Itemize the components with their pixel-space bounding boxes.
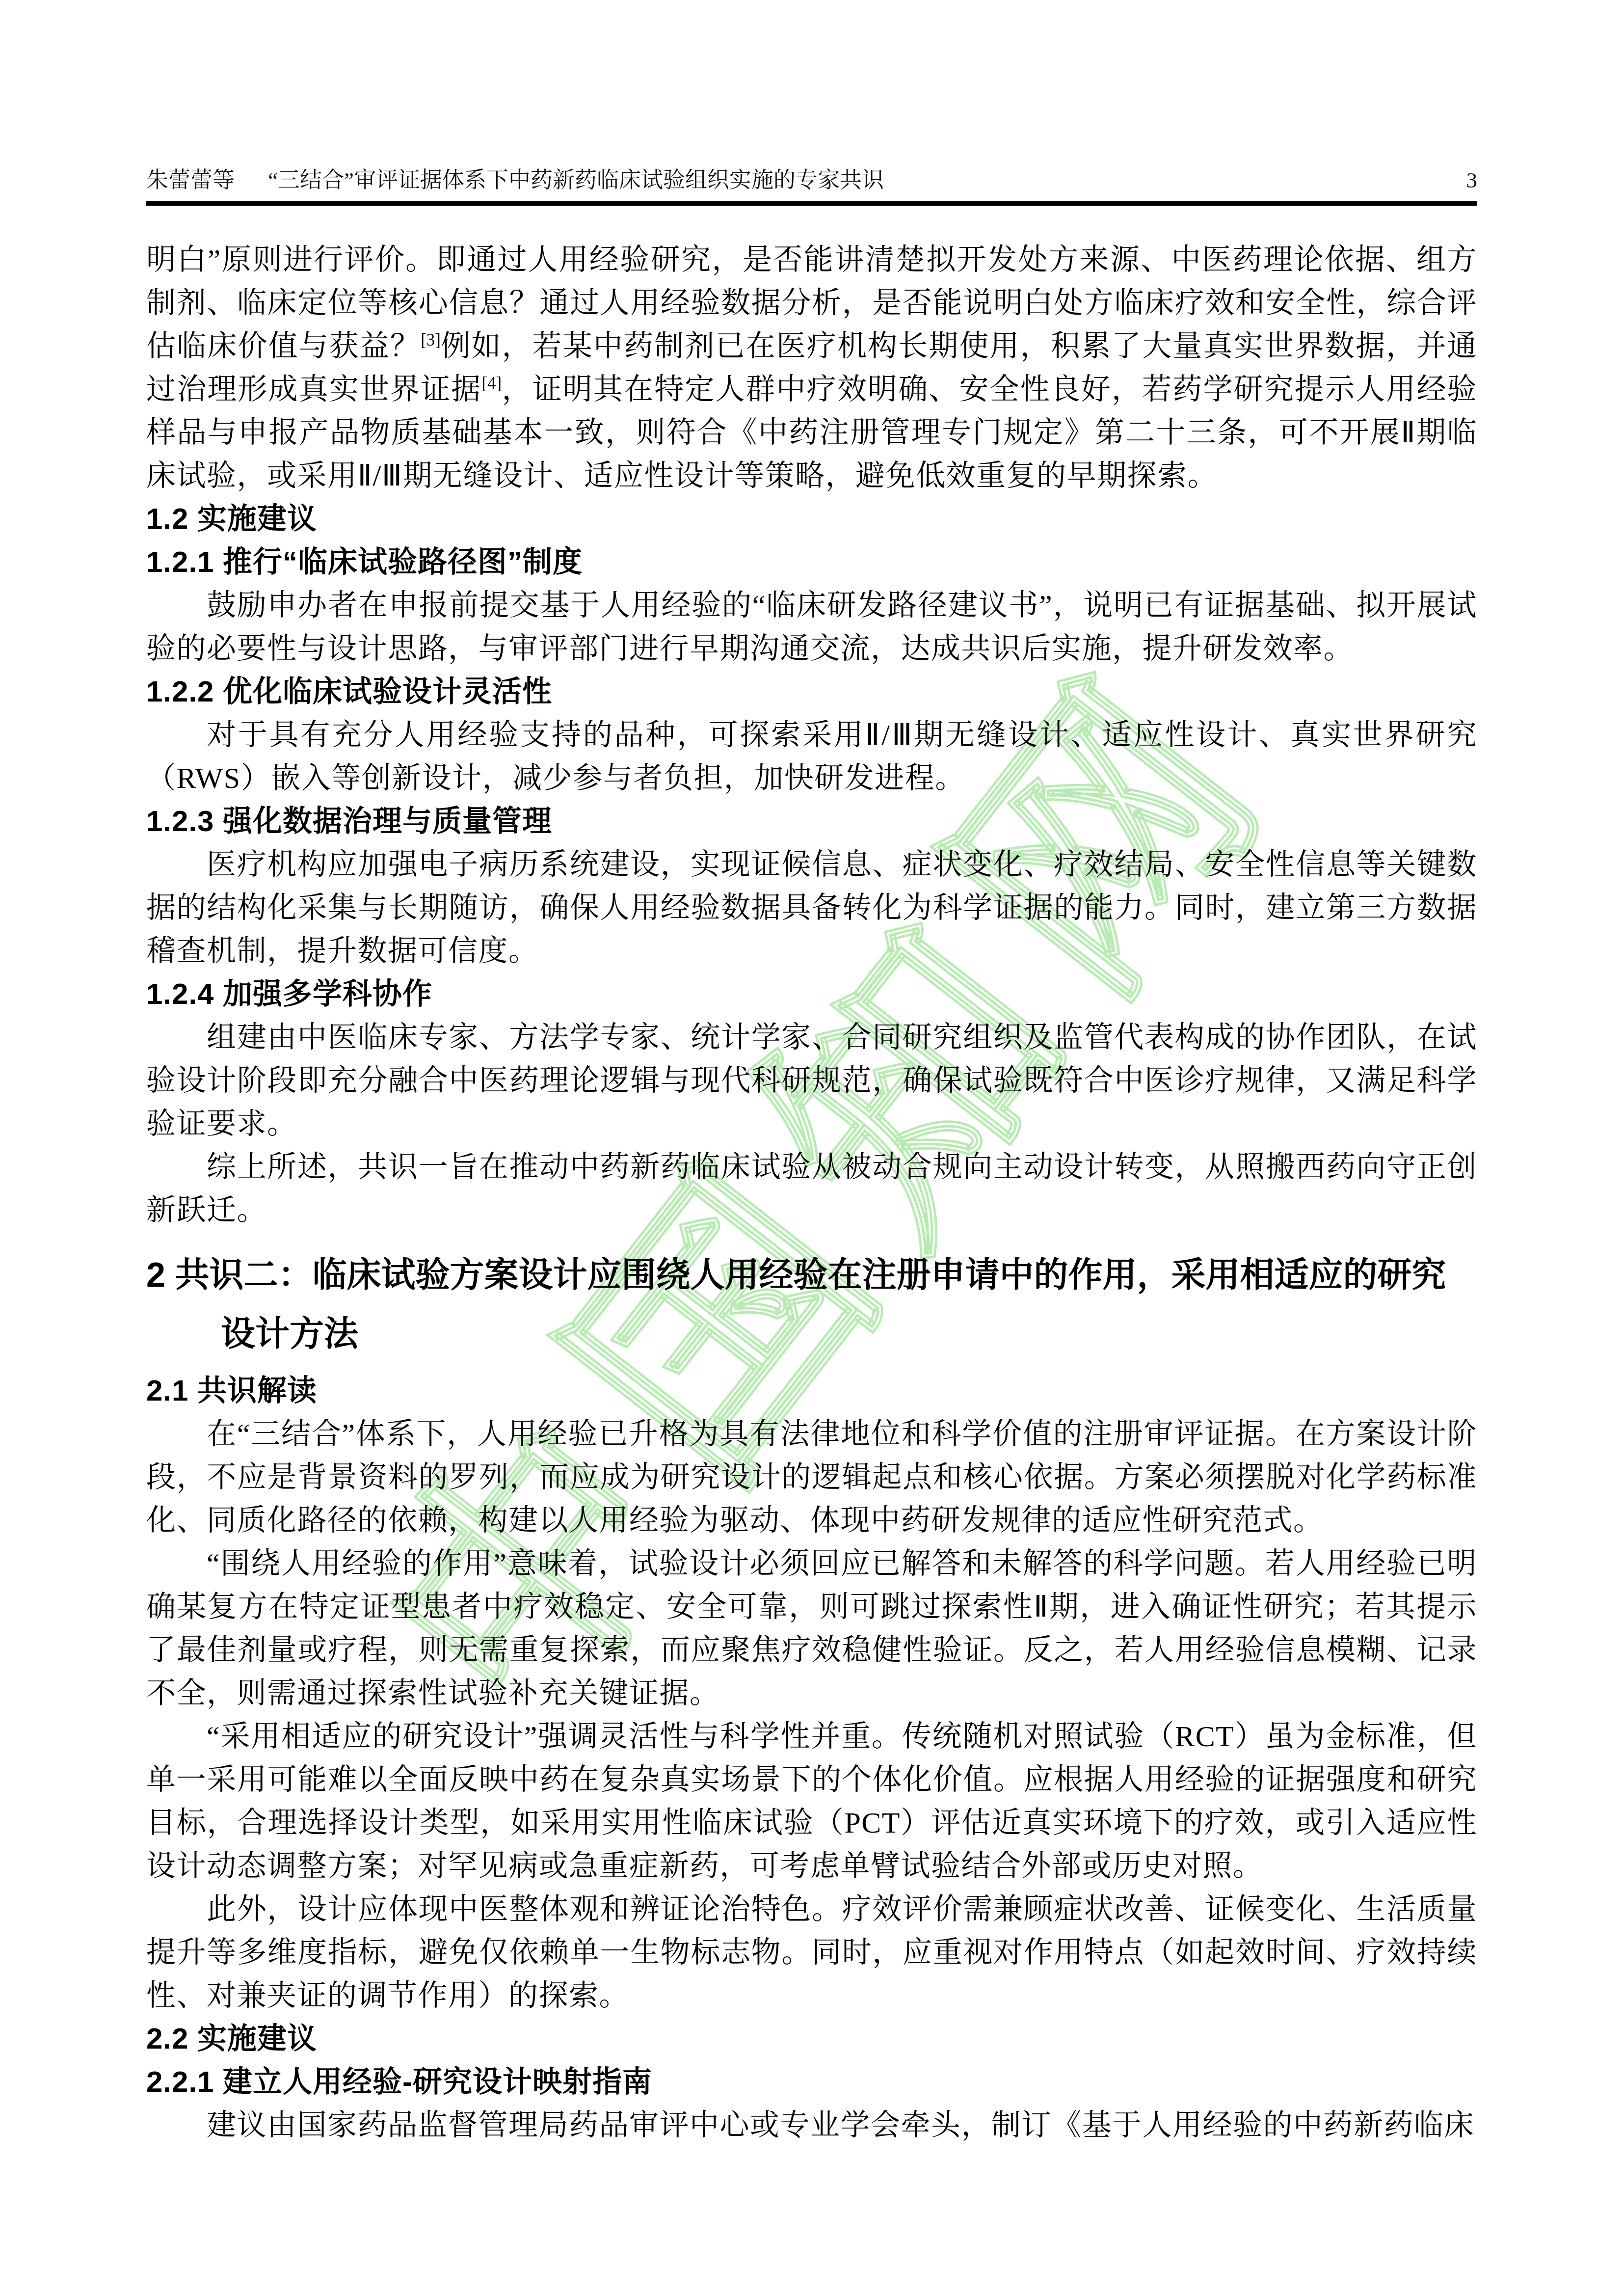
text-run: 2.1 共识解读 — [146, 1374, 317, 1407]
section-heading: 2.2.1 建立人用经验-研究设计映射指南 — [146, 2060, 1477, 2104]
section-heading: 2 共识二：临床试验方案设计应围绕人用经验在注册申请中的作用，采用相适应的研究设… — [146, 1245, 1477, 1363]
text-run: 组建由中医临床专家、方法学专家、统计学家、合同研究组织及监管代表构成的协作团队，… — [146, 1021, 1477, 1140]
paragraph: 明白”原则进行评价。即通过人用经验研究，是否能讲清楚拟开发处方来源、中医药理论依… — [146, 238, 1477, 497]
paragraph: 建议由国家药品监督管理局药品审评中心或专业学会牵头，制订《基于人用经验的中药新药… — [146, 2104, 1477, 2147]
text-run: 2.2.1 建立人用经验-研究设计映射指南 — [146, 2065, 652, 2098]
text-run: 2.2 实施建议 — [146, 2022, 317, 2055]
section-heading: 1.2.2 优化临床试验设计灵活性 — [146, 670, 1477, 713]
text-run: 1.2.4 加强多学科协作 — [146, 977, 432, 1010]
text-run: 此外，设计应体现中医整体观和辨证论治特色。疗效评价需兼顾症状改善、证候变化、生活… — [146, 1893, 1477, 2012]
paragraph: 综上所述，共识一旨在推动中药新药临床试验从被动合规向主动设计转变，从照搬西药向守… — [146, 1145, 1477, 1232]
paragraph: 在“三结合”体系下，人用经验已升格为具有法律地位和科学价值的注册审评证据。在方案… — [146, 1412, 1477, 1542]
text-run: 2 共识二：临床试验方案设计应围绕人用经验在注册申请中的作用，采用相适应的研究设… — [146, 1256, 1446, 1353]
text-run: 综上所述，共识一旨在推动中药新药临床试验从被动合规向主动设计转变，从照搬西药向守… — [146, 1151, 1477, 1226]
text-run: 鼓励申办者在申报前提交基于人用经验的“临床研发路径建议书”，说明已有证据基础、拟… — [146, 589, 1477, 665]
text-run: 1.2 实施建议 — [146, 502, 317, 535]
text-run: “采用相适应的研究设计”强调灵活性与科学性并重。传统随机对照试验（RCT）虽为金… — [146, 1720, 1477, 1882]
paragraph: 此外，设计应体现中医整体观和辨证论治特色。疗效评价需兼顾症状改善、证候变化、生活… — [146, 1888, 1477, 2017]
document-page: 中国知网 朱蕾蕾等 “三结合”审评证据体系下中药新药临床试验组织实施的专家共识 … — [0, 0, 1623, 2296]
section-heading: 1.2 实施建议 — [146, 497, 1477, 540]
section-heading: 1.2.3 强化数据治理与质量管理 — [146, 800, 1477, 843]
citation-superscript: [3] — [421, 330, 441, 350]
paragraph: “采用相适应的研究设计”强调灵活性与科学性并重。传统随机对照试验（RCT）虽为金… — [146, 1715, 1477, 1888]
running-header: 朱蕾蕾等 “三结合”审评证据体系下中药新药临床试验组织实施的专家共识 3 — [146, 166, 1477, 194]
text-run: 对于具有充分人用经验支持的品种，可探索采用Ⅱ/Ⅲ期无缝设计、适应性设计、真实世界… — [146, 719, 1477, 794]
section-heading: 1.2.4 加强多学科协作 — [146, 972, 1477, 1016]
paragraph: 鼓励申办者在申报前提交基于人用经验的“临床研发路径建议书”，说明已有证据基础、拟… — [146, 584, 1477, 670]
citation-superscript: [4] — [481, 374, 502, 393]
header-divider-rule — [146, 201, 1477, 206]
running-header-left: 朱蕾蕾等 “三结合”审评证据体系下中药新药临床试验组织实施的专家共识 — [146, 166, 884, 194]
section-heading: 2.1 共识解读 — [146, 1369, 1477, 1412]
section-heading: 2.2 实施建议 — [146, 2017, 1477, 2060]
text-run: 1.2.1 推行“临床试验路径图”制度 — [146, 545, 583, 578]
section-heading: 1.2.1 推行“临床试验路径图”制度 — [146, 540, 1477, 584]
paragraph: 医疗机构应加强电子病历系统建设，实现证候信息、症状变化、疗效结局、安全性信息等关… — [146, 843, 1477, 972]
text-run: 1.2.2 优化临床试验设计灵活性 — [146, 675, 552, 708]
page-content: 朱蕾蕾等 “三结合”审评证据体系下中药新药临床试验组织实施的专家共识 3 明白”… — [146, 166, 1477, 2147]
page-number: 3 — [1466, 166, 1478, 194]
text-run: “围绕人用经验的作用”意味着，试验设计必须回应已解答和未解答的科学问题。若人用经… — [146, 1547, 1477, 1709]
header-authors: 朱蕾蕾等 — [146, 166, 235, 194]
text-run: 建议由国家药品监督管理局药品审评中心或专业学会牵头，制订《基于人用经验的中药新药… — [207, 2109, 1474, 2141]
paragraph: “围绕人用经验的作用”意味着，试验设计必须回应已解答和未解答的科学问题。若人用经… — [146, 1542, 1477, 1715]
text-run: 医疗机构应加强电子病历系统建设，实现证候信息、症状变化、疗效结局、安全性信息等关… — [146, 848, 1477, 967]
body-content: 明白”原则进行评价。即通过人用经验研究，是否能讲清楚拟开发处方来源、中医药理论依… — [146, 238, 1477, 2147]
paragraph: 对于具有充分人用经验支持的品种，可探索采用Ⅱ/Ⅲ期无缝设计、适应性设计、真实世界… — [146, 713, 1477, 800]
text-run: 1.2.3 强化数据治理与质量管理 — [146, 805, 552, 837]
header-article-title: “三结合”审评证据体系下中药新药临床试验组织实施的专家共识 — [268, 166, 884, 194]
paragraph: 组建由中医临床专家、方法学专家、统计学家、合同研究组织及监管代表构成的协作团队，… — [146, 1016, 1477, 1145]
text-run: 在“三结合”体系下，人用经验已升格为具有法律地位和科学价值的注册审评证据。在方案… — [146, 1418, 1477, 1537]
